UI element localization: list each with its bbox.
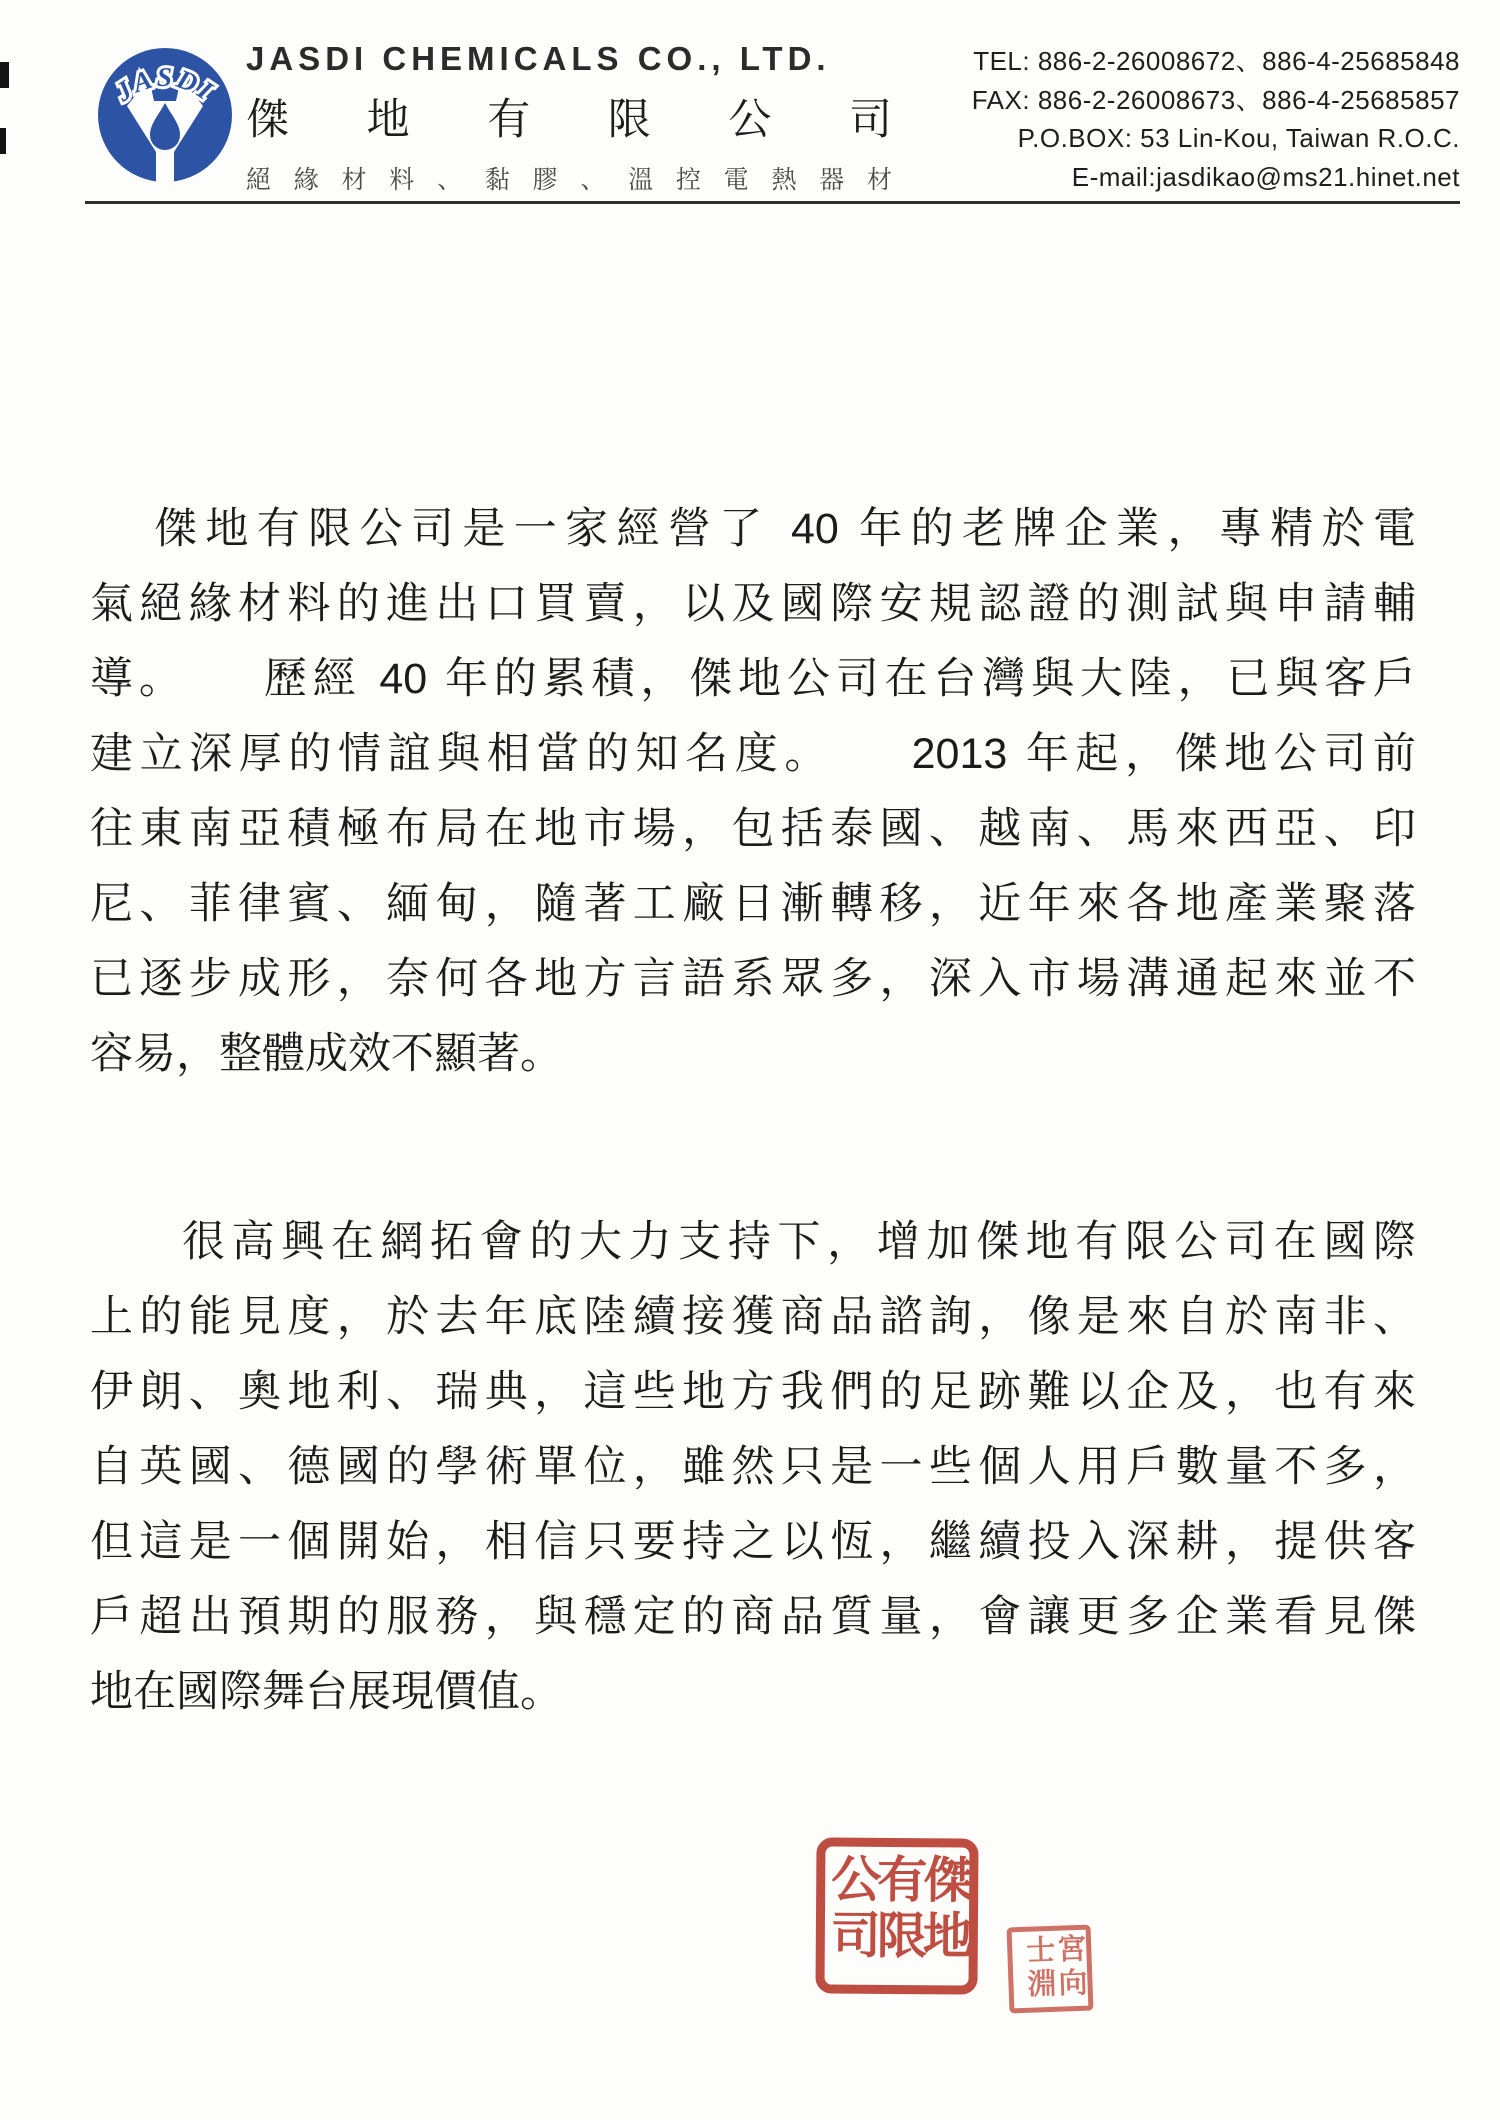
contact-fax: FAX: 886-2-26008673、886-4-25685857 [870, 81, 1460, 120]
text-line: 地在國際舞台展現價值。 [90, 1655, 1416, 1730]
scan-artifact [0, 128, 6, 154]
contact-email: E-mail:jasdikao@ms21.hinet.net [870, 158, 1460, 197]
text-line: 已逐步成形，奈何各地方言語系眾多，深入市場溝通起來並不 [90, 942, 1416, 1017]
jasdi-logo: JASDI [93, 40, 237, 190]
paragraph-company-intro: 傑地有限公司是一家經營了 40 年的老牌企業，專精於電 氣絕緣材料的進出口買賣，… [90, 492, 1416, 1092]
personal-seal-stamp: 宮向士淵 [1007, 1925, 1094, 2014]
text-line: 尼、菲律賓、緬甸，隨著工廠日漸轉移，近年來各地產業聚落 [90, 867, 1416, 942]
contact-block: TEL: 886-2-26008672、886-4-25685848 FAX: … [870, 42, 1460, 196]
scanned-letter-page: JASDI JASDI CHEMICALS CO., LTD. 傑地有限公司 絕… [0, 0, 1500, 2120]
text-line: 建立深厚的情誼與相當的知名度。 2013 年起，傑地公司前 [90, 717, 1416, 792]
company-seal-stamp: 傑地有限公司 [815, 1837, 978, 1994]
text-line: 導。 歷經 40 年的累積，傑地公司在台灣與大陸，已與客戶 [90, 642, 1416, 717]
contact-pobox: P.O.BOX: 53 Lin-Kou, Taiwan R.O.C. [870, 119, 1460, 158]
text-line: 很高興在網拓會的大力支持下，增加傑地有限公司在國際 [90, 1205, 1416, 1280]
company-tagline: 絕緣材料、黏膠、溫控電熱器材 [246, 160, 892, 194]
company-name-en: JASDI CHEMICALS CO., LTD. [246, 40, 894, 78]
paragraph-watuo-support: 很高興在網拓會的大力支持下，增加傑地有限公司在國際 上的能見度，於去年底陸續接獲… [90, 1205, 1416, 1730]
company-name-zh: 傑地有限公司 [246, 86, 892, 146]
scan-artifact [0, 62, 9, 88]
text-line: 戶超出預期的服務，與穩定的商品質量，會讓更多企業看見傑 [90, 1580, 1416, 1655]
text-line: 但這是一個開始，相信只要持之以恆，繼續投入深耕，提供客 [90, 1505, 1416, 1580]
text-line: 上的能見度，於去年底陸續接獲商品諮詢，像是來自於南非、 [90, 1280, 1416, 1355]
text-line: 自英國、德國的學術單位，雖然只是一些個人用戶數量不多， [90, 1430, 1416, 1505]
header-divider [85, 201, 1460, 204]
text-line: 氣絕緣材料的進出口買賣，以及國際安規認證的測試與申請輔 [90, 567, 1416, 642]
text-line: 往東南亞積極布局在地市場，包括泰國、越南、馬來西亞、印 [90, 792, 1416, 867]
text-line: 伊朗、奧地利、瑞典，這些地方我們的足跡難以企及，也有來 [90, 1355, 1416, 1430]
text-line: 容易，整體成效不顯著。 [90, 1017, 1416, 1092]
jasdi-logo-icon: JASDI [93, 40, 237, 190]
text-line: 傑地有限公司是一家經營了 40 年的老牌企業，專精於電 [90, 492, 1416, 567]
contact-tel: TEL: 886-2-26008672、886-4-25685848 [870, 42, 1460, 81]
